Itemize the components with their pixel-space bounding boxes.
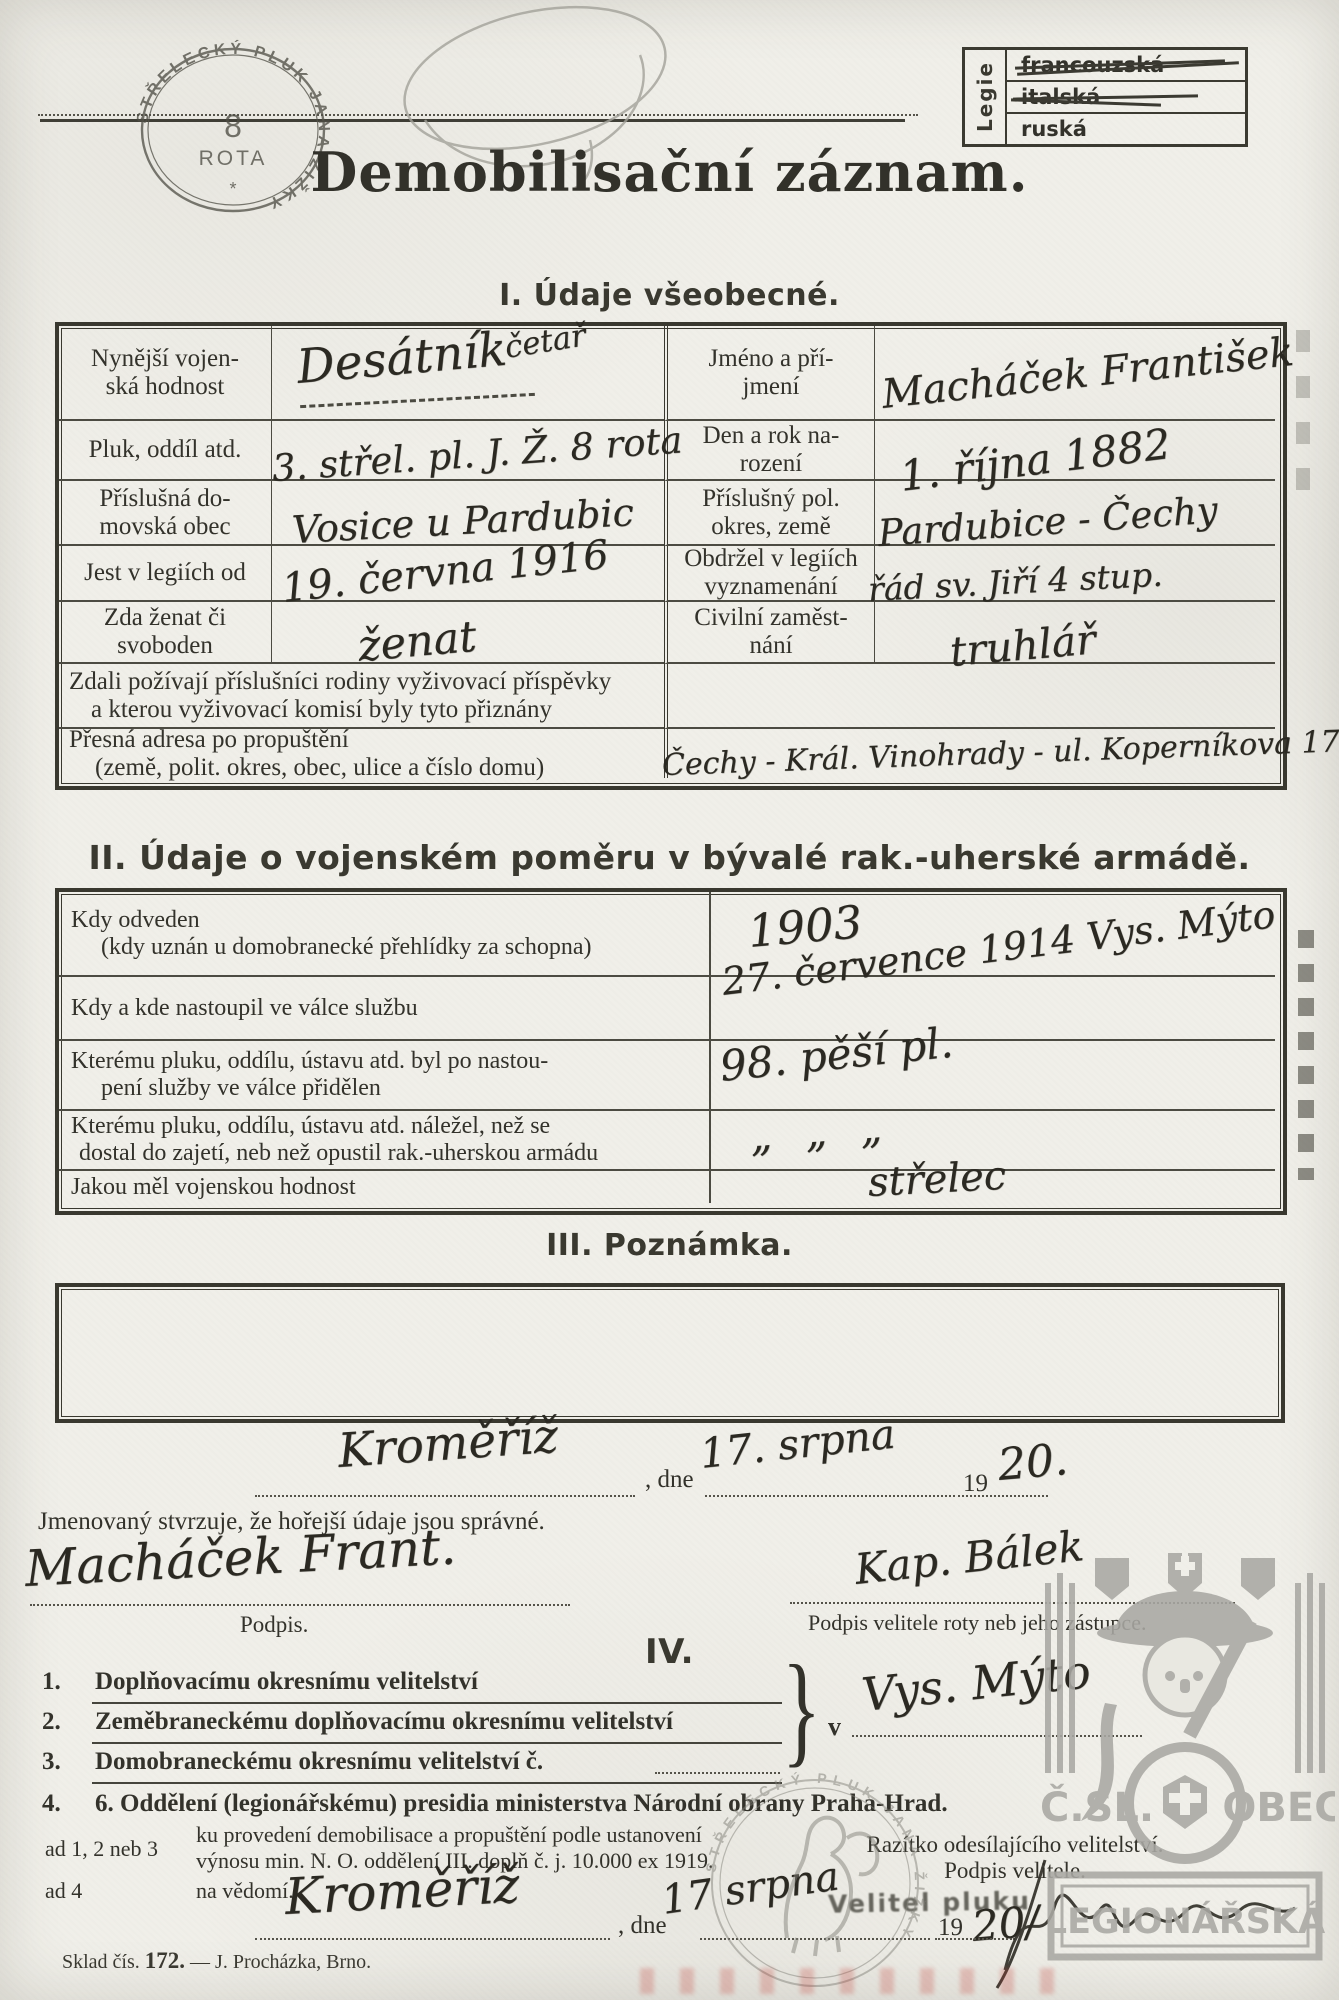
- item2-text: Zeměbraneckému doplňovacímu okresnímu ve…: [95, 1708, 673, 1736]
- bottom-city-line: [255, 1938, 610, 1940]
- label-decorations: Obdržel v legiíchvyznamenání: [664, 546, 875, 602]
- ad123-label: ad 1, 2 neb 3: [45, 1836, 158, 1862]
- label-war-service-start: Kdy a kde nastoupil ve válce službu: [59, 977, 709, 1041]
- hw-mid-year: 20.: [996, 1434, 1070, 1491]
- v-label: v: [828, 1712, 841, 1742]
- item3-text: Domobraneckému okresnímu velitelství č.: [95, 1748, 543, 1776]
- label-married: Zda ženat čisvoboden: [59, 602, 272, 664]
- hw-bottom-city: Kroměříž: [283, 1856, 520, 1926]
- scanned-demobilization-form: STŘELECKÝ PLUK JANA ŽIŽKY 8 ROTA * Legie…: [0, 0, 1339, 2000]
- page-title: Demobilisační záznam.: [0, 140, 1339, 204]
- label-assigned-regiment: Kterému pluku, oddílu, ústavu atd. byl p…: [59, 1041, 709, 1111]
- scan-edge-artifact: [1298, 930, 1314, 1180]
- section2-heading: II. Údaje o vojenském poměru v bývalé ra…: [0, 838, 1339, 877]
- item3-number: 3.: [42, 1748, 61, 1776]
- item2-number: 2.: [42, 1708, 61, 1736]
- signature-left-line: [30, 1604, 570, 1606]
- label-name: Jméno a pří-jmení: [664, 326, 875, 421]
- label-family-allowance: Zdali požívají příslušníci rodiny vyživo…: [59, 664, 664, 729]
- legie-option-italian: italská: [1007, 80, 1245, 112]
- legie-box: Legie francouzská italská ruská: [962, 47, 1248, 147]
- hw-married: ženat: [356, 612, 479, 672]
- scan-edge-artifact-2: [1296, 330, 1310, 490]
- section3-note-box: [55, 1283, 1285, 1423]
- label-in-legion-since: Jest v legiích od: [59, 546, 272, 602]
- section1-heading: I. Údaje všeobecné.: [0, 278, 1339, 313]
- item1-underline: [92, 1702, 782, 1704]
- mid-date-year-line: [958, 1495, 1048, 1497]
- svg-text:OBEC: OBEC: [1222, 1785, 1335, 1831]
- label-drafted-when: Kdy odveden(kdy uznán u domobranecké pře…: [59, 892, 709, 977]
- lion-round-stamp: STŘELECKÝ PLUK JANA ŽIŽKY: [697, 1768, 932, 1998]
- legie-option-french: francouzská: [1007, 50, 1245, 80]
- label-civil-occupation: Civilní zaměst-nání: [664, 602, 875, 664]
- item4-number: 4.: [42, 1790, 61, 1818]
- legion-watermark-logo: Č.SL. OBEC LEGIONÁŘSKÁ: [1035, 1553, 1335, 1993]
- mid-date-dne: , dne: [645, 1466, 694, 1494]
- label-regiment: Pluk, oddíl atd.: [59, 421, 272, 481]
- items-brace: }: [782, 1648, 821, 1773]
- mid-date-year-prefix: 19: [963, 1470, 988, 1498]
- ad4-label: ad 4: [45, 1878, 82, 1904]
- item1-number: 1.: [42, 1668, 61, 1696]
- label-address-after-release: Přesná adresa po propuštění(země, polit.…: [59, 729, 664, 778]
- label-home-municipality: Příslušná do-movská obec: [59, 481, 272, 546]
- label-former-rank: Jakou měl vojenskou hodnost: [59, 1171, 709, 1203]
- svg-text:Č.SL.: Č.SL.: [1040, 1783, 1154, 1831]
- label-regiment-before-capture: Kterému pluku, oddílu, ústavu atd. nálež…: [59, 1111, 709, 1171]
- red-ink-smudge: [640, 1968, 1080, 1994]
- item3-underline: [92, 1782, 782, 1784]
- ad4-text: na vědomí.: [196, 1878, 294, 1904]
- hw-former-rank: střelec: [867, 1153, 1007, 1206]
- stamp-number: 8: [224, 108, 242, 144]
- bottom-date-dne: , dne: [618, 1912, 667, 1940]
- section3-heading: III. Poznámka.: [0, 1228, 1339, 1263]
- hw-ditto-marks: „ „ „: [748, 1102, 893, 1161]
- mid-date-day-line: [705, 1495, 955, 1497]
- ad123-text-line1: ku provedení demobilisace a propuštění p…: [196, 1822, 702, 1848]
- legie-title: Legie: [973, 61, 997, 132]
- item2-underline: [92, 1742, 782, 1744]
- svg-text:LEGIONÁŘSKÁ: LEGIONÁŘSKÁ: [1045, 1900, 1325, 1942]
- label-birthdate: Den a rok na-rození: [664, 421, 875, 481]
- label-current-rank: Nynější vojen-ská hodnost: [59, 326, 272, 421]
- label-district: Příslušný pol.okres, země: [664, 481, 875, 546]
- item1-text: Doplňovacímu okresnímu velitelství: [95, 1668, 478, 1696]
- mid-date-city-line: [255, 1495, 635, 1497]
- printer-imprint: Sklad čís. 172. — J. Procházka, Brno.: [62, 1948, 371, 1974]
- svg-text:STŘELECKÝ PLUK JANA ŽIŽKY: STŘELECKÝ PLUK JANA ŽIŽKY: [702, 1769, 929, 1945]
